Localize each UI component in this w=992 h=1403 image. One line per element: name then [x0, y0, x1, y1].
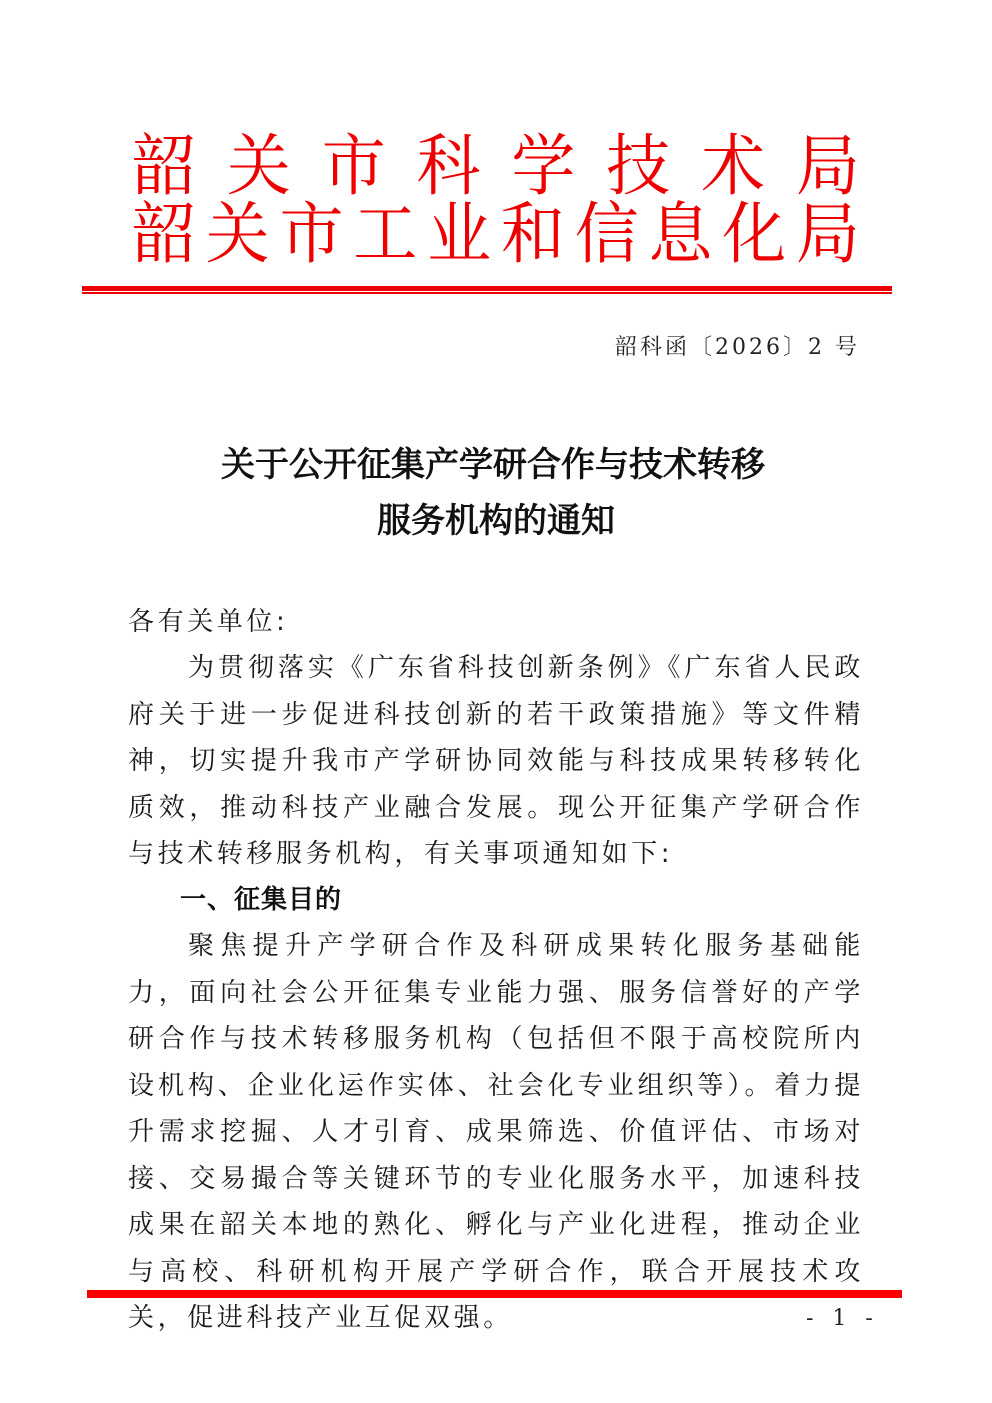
salutation-text: 各有关单位: [128, 599, 864, 646]
org-char: 化 [718, 197, 790, 273]
document-page: 韶 关 市 科 学 技 术 局 韶 关 市 工 业 和 信 息 化 局 韶科函〔… [0, 0, 992, 1403]
org-char: 韶 [128, 129, 200, 205]
org-char: 信 [571, 197, 643, 273]
document-title-line1: 关于公开征集产学研合作与技术转移 [0, 445, 989, 485]
issuing-org-industry-bureau: 韶 关 市 工 业 和 信 息 化 局 [128, 197, 864, 273]
issuing-org-science-bureau: 韶 关 市 科 学 技 术 局 [128, 129, 864, 205]
document-number: 韶科函〔2026〕2 号 [615, 333, 860, 363]
org-char: 科 [413, 129, 485, 205]
header-red-rule-thin [82, 292, 892, 294]
purpose-paragraph: 聚焦提升产学研合作及科研成果转化服务基础能力，面向社会公开征集专业能力强、服务信… [128, 923, 864, 1342]
org-char: 术 [697, 129, 769, 205]
page-number: - 1 - [806, 1305, 879, 1333]
org-char: 市 [276, 197, 348, 273]
org-char: 关 [223, 129, 295, 205]
intro-paragraph-text: 为贯彻落实《广东省科技创新条例》《广东省人民政府关于进一步促进科技创新的若干政策… [128, 645, 864, 878]
org-char: 韶 [128, 197, 200, 273]
org-char: 息 [644, 197, 716, 273]
document-title-line2: 服务机构的通知 [0, 501, 992, 541]
intro-paragraph: 为贯彻落实《广东省科技创新条例》《广东省人民政府关于进一步促进科技创新的若干政策… [128, 645, 864, 878]
header-red-rule-thick [82, 286, 892, 291]
org-char: 技 [602, 129, 674, 205]
org-char: 局 [792, 197, 864, 273]
purpose-paragraph-text: 聚焦提升产学研合作及科研成果转化服务基础能力，面向社会公开征集专业能力强、服务信… [128, 923, 864, 1342]
org-char: 学 [507, 129, 579, 205]
org-char: 和 [497, 197, 569, 273]
footer-red-rule [87, 1290, 902, 1298]
org-char: 业 [423, 197, 495, 273]
salutation: 各有关单位: [128, 599, 864, 646]
section-heading-purpose: 一、征集目的 [180, 877, 342, 923]
org-char: 关 [202, 197, 274, 273]
org-char: 市 [318, 129, 390, 205]
org-char: 局 [792, 129, 864, 205]
org-char: 工 [349, 197, 421, 273]
